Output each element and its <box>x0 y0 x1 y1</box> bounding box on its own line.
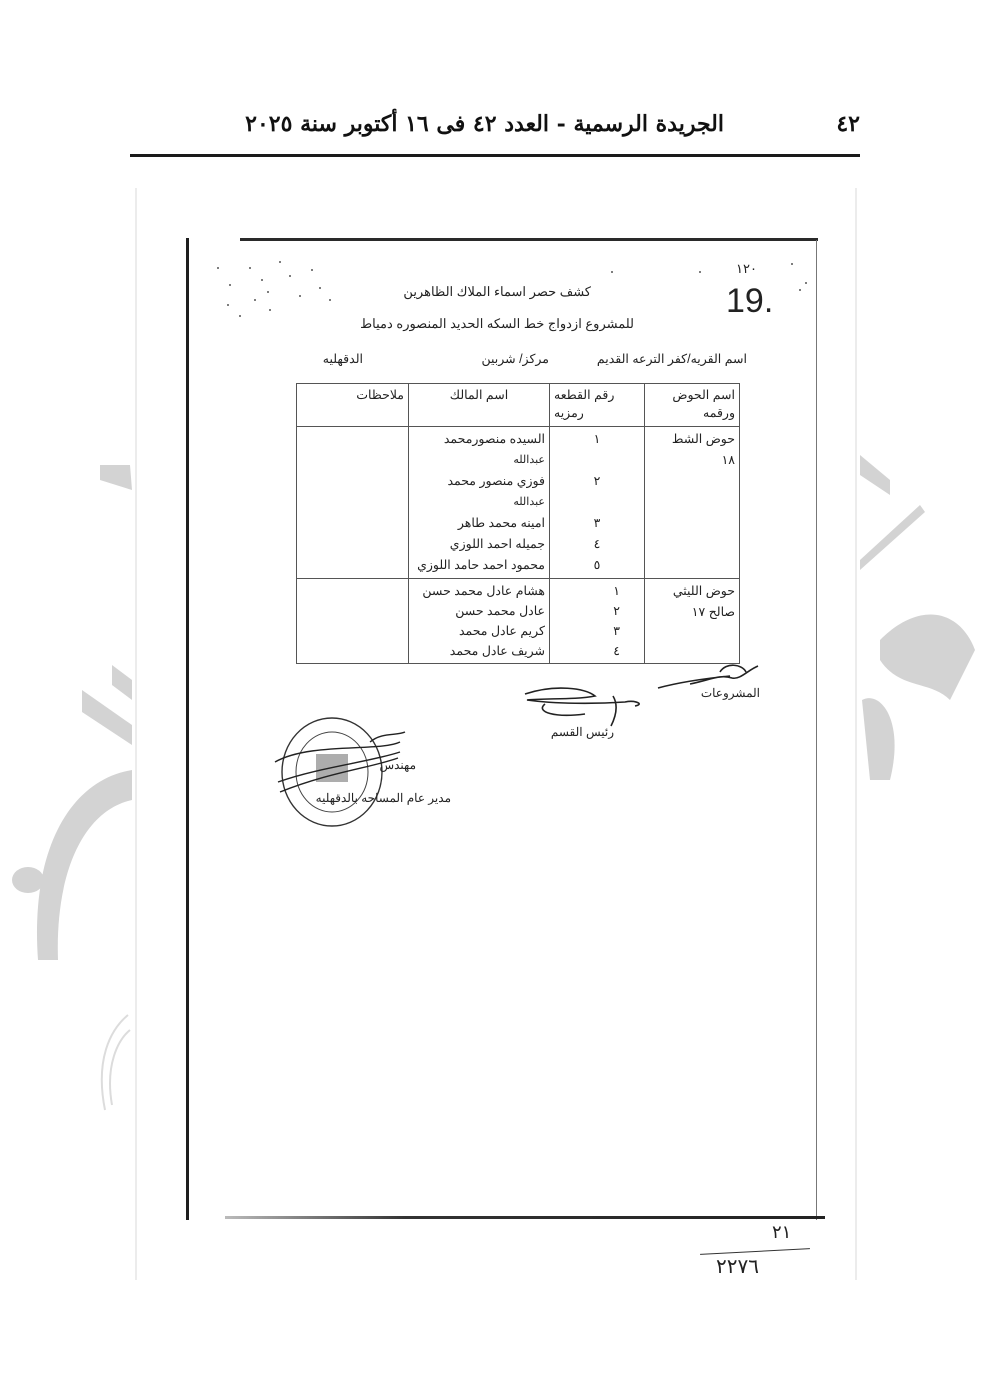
plot-cell: ١ ٢ ٣ ٤ <box>550 579 645 664</box>
header-notes: ملاحظات <box>297 384 409 427</box>
plot-number: ٣ <box>554 621 620 641</box>
owner-name: هشام عادل محمد حسن <box>413 581 545 601</box>
basin-name: حوض الليثي صالح ١٧ <box>665 581 735 623</box>
plot-number: ٢ <box>554 601 620 621</box>
owner-name: شريف عادل محمد <box>413 641 545 661</box>
plot-number-spacer <box>554 450 640 471</box>
plot-number: ٢ <box>554 471 640 492</box>
footer-handwritten-bottom: ٢٢٧٦ <box>716 1254 759 1278</box>
basin-cell: حوض الليثي صالح ١٧ <box>645 579 740 664</box>
footer-handwritten-top: ٢١ <box>772 1222 791 1243</box>
signature-label-engineer: مهندس <box>379 758 416 772</box>
owner-name: عادل محمد حسن <box>413 601 545 621</box>
basin-cell: حوض الشط ١٨ <box>645 427 740 579</box>
table-header-row: اسم الحوض ورقمه رقم القطعه رمزيه اسم الم… <box>297 384 740 427</box>
signature-label-section-head: رئيس القسم <box>551 725 614 739</box>
document-title: كشف حصر اسماء الملاك الظاهرين <box>403 284 591 300</box>
owner-name-cont: عبدالله <box>413 450 545 471</box>
owner-name: فوزي منصور محمد <box>413 471 545 492</box>
header-owner: اسم المالك <box>409 384 550 427</box>
owner-name: امينه محمد طاهر <box>413 513 545 534</box>
handwritten-sheet-number: 19. <box>726 282 773 321</box>
header-plot: رقم القطعه رمزيه <box>550 384 645 427</box>
notes-cell <box>297 427 409 579</box>
owner-name: كريم عادل محمد <box>413 621 545 641</box>
document-subtitle: للمشروع ازدواج خط السكه الحديد المنصوره … <box>360 316 634 332</box>
signature-label-director: مدير عام المساحه بالدقهليه <box>316 791 451 805</box>
plot-number: ٤ <box>554 534 640 555</box>
owner-name: السيده منصورمحمد <box>413 429 545 450</box>
basin-name: حوض الشط ١٨ <box>665 429 735 471</box>
signature-label-projects: المشروعات <box>701 686 760 700</box>
location-village: اسم القريه/كفر الترعه القديم <box>597 351 747 366</box>
owner-name-cont: عبدالله <box>413 492 545 513</box>
plot-number-spacer <box>554 492 640 513</box>
owner-cell: السيده منصورمحمد عبدالله فوزي منصور محمد… <box>409 427 550 579</box>
official-stamp-icon <box>270 712 410 837</box>
owner-name: جميله احمد اللوزي <box>413 534 545 555</box>
plot-number: ٤ <box>554 641 620 661</box>
handwritten-top-number: ١٢٠ <box>736 262 757 277</box>
location-governorate: الدقهليه <box>323 351 363 366</box>
plot-number: ١ <box>554 429 640 450</box>
owner-name: محمود احمد حامد اللوزي <box>413 555 545 576</box>
table-row-group: حوض الليثي صالح ١٧ ١ ٢ ٣ ٤ هشام عادل محم… <box>297 579 740 664</box>
plot-number: ١ <box>554 581 620 601</box>
plot-number: ٥ <box>554 555 640 576</box>
table-row-group: حوض الشط ١٨ ١ ٢ ٣ ٤ ٥ السيده منصورمحمد ع… <box>297 427 740 579</box>
plot-number: ٣ <box>554 513 640 534</box>
location-district: مركز/ شربين <box>481 351 549 366</box>
owner-cell: هشام عادل محمد حسن عادل محمد حسن كريم عا… <box>409 579 550 664</box>
header-basin: اسم الحوض ورقمه <box>645 384 740 427</box>
plot-cell: ١ ٢ ٣ ٤ ٥ <box>550 427 645 579</box>
owners-table: اسم الحوض ورقمه رقم القطعه رمزيه اسم الم… <box>296 383 740 664</box>
notes-cell <box>297 579 409 664</box>
scan-noise <box>0 0 991 1400</box>
